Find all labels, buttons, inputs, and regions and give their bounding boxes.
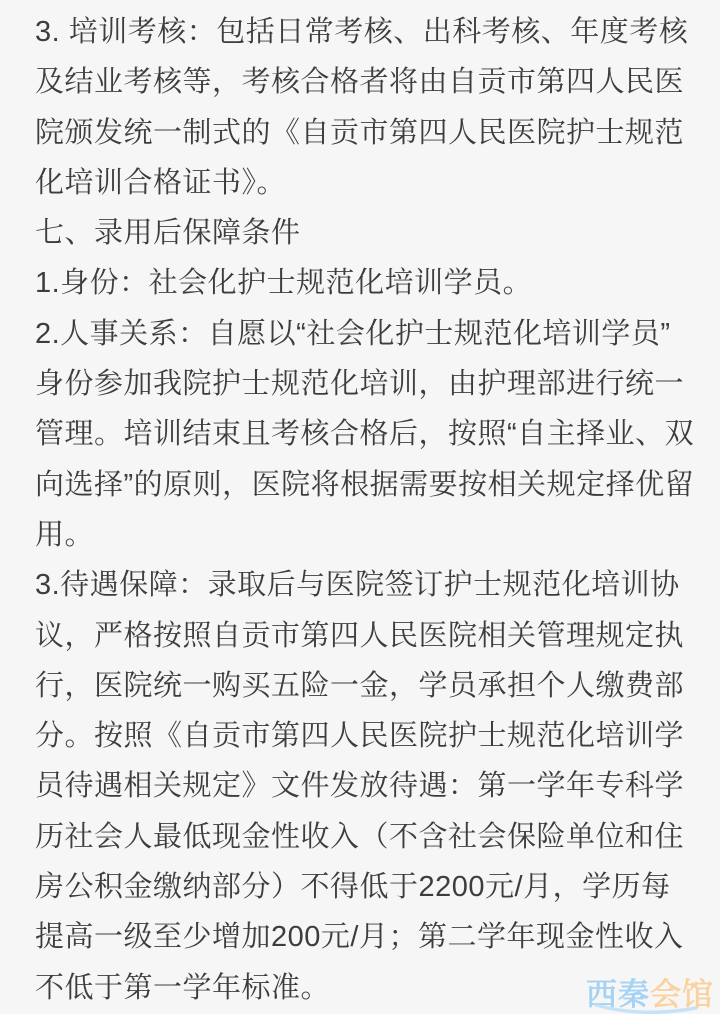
text-line: 2.人事关系：自愿以“社会化护士规范化培训学员” [35,309,720,359]
text-line: 身份参加我院护士规范化培训，由护理部进行统一 [35,359,720,409]
text-line: 用。 [35,510,720,560]
text-line: 及结业考核等，考核合格者将由自贡市第四人民医 [35,57,720,107]
text-line: 1.身份：社会化护士规范化培训学员。 [35,258,720,308]
watermark-text-secondary: 会馆 [650,977,714,1012]
text-line: 房公积金缴纳部分）不得低于2200元/月，学历每 [35,862,720,912]
article-body: 3. 培训考核：包括日常考核、出科考核、年度考核 及结业考核等，考核合格者将由自… [0,0,720,1013]
text-line: 管理。培训结束且考核合格后，按照“自主择业、双 [35,409,720,459]
text-line: 3. 培训考核：包括日常考核、出科考核、年度考核 [35,7,720,57]
section-heading: 七、录用后保障条件 [35,208,720,258]
text-line: 提高一级至少增加200元/月；第二学年现金性收入 [35,912,720,962]
watermark-text-primary: 西秦 [586,977,650,1012]
watermark: 西秦会馆 [586,979,714,1010]
text-line: 议，严格按照自贡市第四人民医院相关管理规定执 [35,611,720,661]
text-line: 向选择”的原则，医院将根据需要按相关规定择优留 [35,460,720,510]
text-line: 3.待遇保障：录取后与医院签订护士规范化培训协 [35,560,720,610]
text-line: 行，医院统一购买五险一金，学员承担个人缴费部 [35,661,720,711]
text-line: 化培训合格证书》。 [35,158,720,208]
text-line: 院颁发统一制式的《自贡市第四人民医院护士规范 [35,108,720,158]
text-line: 员待遇相关规定》文件发放待遇：第一学年专科学 [35,761,720,811]
text-line: 历社会人最低现金性收入（不含社会保险单位和住 [35,812,720,862]
text-line: 分。按照《自贡市第四人民医院护士规范化培训学 [35,711,720,761]
page: { "page": { "background_color": "#f6f6f6… [0,0,720,1014]
